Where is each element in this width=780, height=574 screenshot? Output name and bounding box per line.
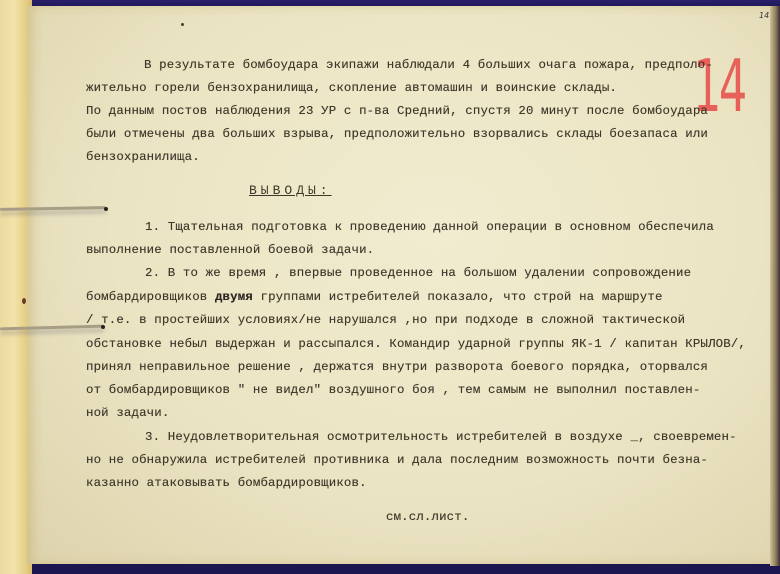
- conclusion-2-line: обстановке небыл выдержан и рассыпался. …: [86, 337, 746, 351]
- conclusion-2-line: / т.е. в простейших условиях/не нарушалс…: [86, 313, 685, 327]
- text-line: В результате бомбоудара экипажи наблюдал…: [144, 58, 713, 72]
- overtyped-word: двумя: [215, 290, 253, 304]
- text-fragment: группами истребителей показало, что стро…: [253, 290, 663, 304]
- conclusion-1-line: выполнение поставленной боевой задачи.: [86, 243, 374, 257]
- text-line: бензохранилища.: [86, 150, 200, 164]
- text-line: жительно горели бензохранилища, скоплени…: [86, 81, 617, 95]
- ink-speck: [181, 23, 184, 26]
- page-stack-edge: [770, 6, 780, 566]
- text-fragment: бомбардировщиков: [86, 290, 215, 304]
- conclusion-1-line: 1. Тщательная подготовка к проведению да…: [145, 220, 714, 234]
- text-line: были отмечены два больших взрыва, предпо…: [86, 127, 708, 141]
- conclusion-2-line: принял неправильное решение , держатся в…: [86, 360, 708, 374]
- conclusion-2-line: ной задачи.: [86, 406, 169, 420]
- continued-next-page-note: см.сл.лист.: [386, 510, 469, 524]
- conclusion-3-line: но не обнаружила истребителей противника…: [86, 453, 708, 467]
- conclusion-2-line: от бомбардировщиков " не видел" воздушно…: [86, 383, 700, 397]
- conclusion-3-line: 3. Неудовлетворительная осмотрительность…: [145, 430, 737, 444]
- conclusion-2-line: 2. В то же время , впервые проведенное н…: [145, 266, 691, 280]
- conclusion-3-line: казанно атаковывать бомбардировщиков.: [86, 476, 367, 490]
- binding-hole-top: [104, 207, 108, 211]
- conclusion-2-line: бомбардировщиков двумя группами истребит…: [86, 290, 663, 304]
- pencil-page-number: 14: [759, 11, 769, 20]
- section-heading-conclusions: ВЫВОДЫ:: [249, 183, 332, 198]
- text-line: По данным постов наблюдения 23 УР с п-ва…: [86, 104, 708, 118]
- ink-speck: [22, 298, 26, 304]
